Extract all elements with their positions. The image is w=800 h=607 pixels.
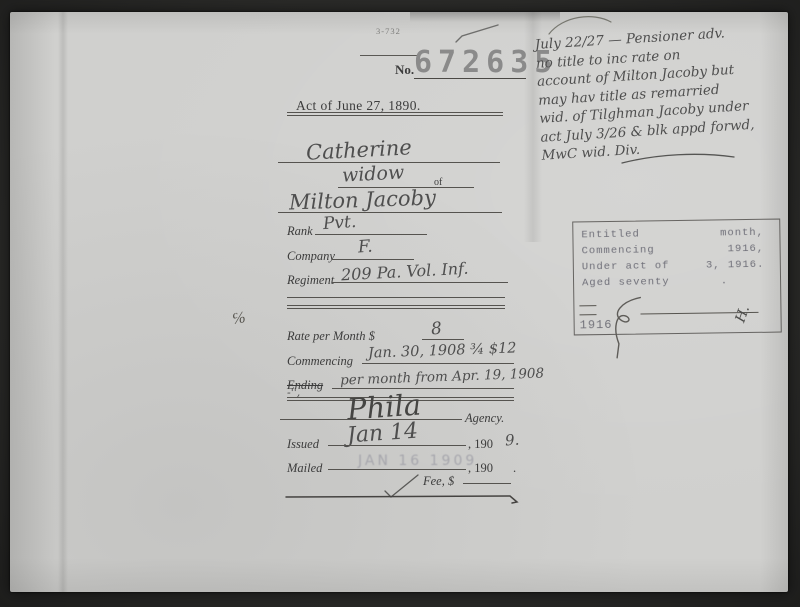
agency-label: Agency. — [465, 411, 504, 426]
rule — [315, 234, 427, 235]
document-paper: 3-732 No. 672635 Act of June 27, 1890. C… — [10, 12, 788, 592]
stamp-box-line: Aged seventy . — [582, 275, 728, 289]
rule — [422, 339, 464, 340]
bottom-rule — [286, 493, 522, 505]
stamp-box-line: Under act of 3, 1916. — [582, 259, 765, 274]
rule — [287, 308, 505, 309]
mailed-year-printed: , 190 — [468, 461, 493, 476]
rank-value: Pvt. — [322, 212, 357, 234]
rule — [360, 55, 418, 56]
initials-mark: H. — [733, 304, 754, 325]
fee-label: Fee, $ — [423, 474, 454, 489]
form-code: 3-732 — [376, 26, 401, 36]
mailed-date-stamp: JAN 16 1909 — [358, 453, 477, 469]
side-mark: ℅ — [230, 307, 247, 329]
company-value: F. — [357, 237, 373, 258]
rule — [287, 112, 503, 113]
no-label: No. — [395, 62, 414, 78]
rule — [280, 419, 462, 420]
rate-label: Rate per Month $ — [287, 329, 375, 344]
issued-value: Jan 14 — [346, 419, 419, 449]
claimant-name: Catherine — [305, 135, 412, 164]
paraph-mark — [606, 291, 647, 362]
rule — [362, 363, 514, 364]
rule — [463, 483, 511, 484]
annotation-note: July 22/27 — Pensioner adv. no title to … — [534, 20, 799, 165]
rule — [328, 445, 466, 446]
rate-value: 8 — [430, 319, 443, 340]
company-label: Company — [287, 249, 335, 264]
rule — [287, 297, 505, 298]
issued-year-printed: , 190 — [468, 437, 493, 452]
rule — [332, 388, 514, 389]
ending-value: per month from Apr. 19, 1908 — [340, 365, 545, 388]
scanned-document-view: 3-732 No. 672635 Act of June 27, 1890. C… — [0, 0, 800, 607]
regiment-value: 209 Pa. Vol. Inf. — [341, 259, 469, 285]
regiment-label: Regiment — [287, 273, 334, 288]
annotation-underline — [618, 150, 738, 168]
rule — [287, 115, 503, 116]
rule — [580, 314, 597, 315]
stamp-box-line: Entitled month, — [581, 227, 764, 242]
paper-crease — [58, 12, 68, 592]
rule — [287, 305, 505, 306]
stamp-box-line: Commencing 1916, — [582, 243, 765, 258]
issued-year-digit: 9. — [504, 431, 520, 450]
relation-value: widow — [341, 161, 404, 186]
rank-label: Rank — [287, 224, 313, 239]
entitlement-stamp-box: Entitled month, Commencing 1916, Under a… — [572, 219, 782, 336]
rule — [278, 212, 502, 213]
issued-label: Issued — [287, 437, 319, 452]
commencing-label: Commencing — [287, 354, 353, 369]
commencing-value: Jan. 30, 1908 ¾ $12 — [368, 340, 517, 361]
rule — [328, 469, 466, 470]
mailed-dot: . — [513, 461, 516, 476]
mailed-label: Mailed — [287, 461, 322, 476]
rule — [332, 259, 414, 260]
rule — [332, 282, 508, 283]
rule — [579, 305, 596, 306]
number-underline — [414, 78, 526, 79]
soldier-name: Milton Jacoby — [289, 185, 437, 214]
